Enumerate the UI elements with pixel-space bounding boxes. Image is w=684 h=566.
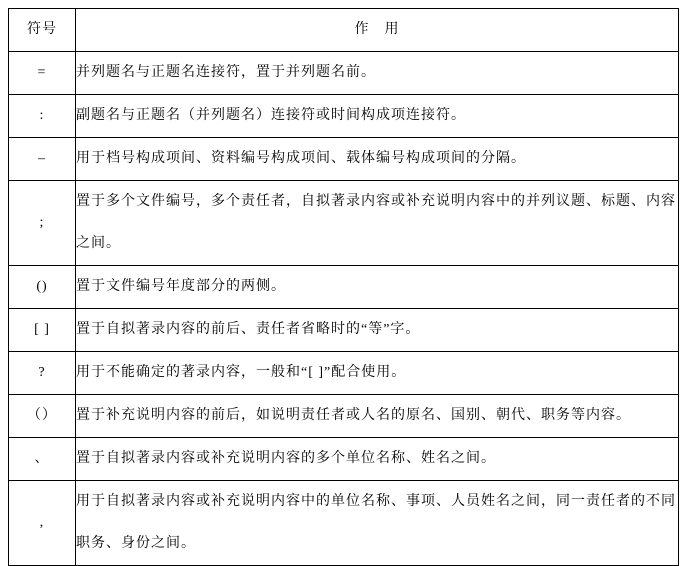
function-cell: 用于档号构成项间、资料编号构成项间、载体编号构成项间的分隔。 (76, 138, 679, 181)
table-row: ? 用于不能确定的著录内容，一般和“[ ]”配合使用。 (9, 352, 679, 395)
function-cell: 用于不能确定的著录内容，一般和“[ ]”配合使用。 (76, 352, 679, 395)
function-cell: 副题名与正题名（并列题名）连接符或时间构成项连接符。 (76, 95, 679, 138)
symbol-cell: 、 (9, 438, 76, 481)
symbol-cell: = (9, 52, 76, 95)
symbol-cell: , (9, 481, 76, 566)
symbol-column-header: 符号 (9, 9, 76, 52)
symbol-cell: ; (9, 181, 76, 266)
function-cell: 并列题名与正题名连接符，置于并列题名前。 (76, 52, 679, 95)
symbol-cell: ? (9, 352, 76, 395)
symbol-cell: () (9, 266, 76, 309)
symbol-cell: [ ] (9, 309, 76, 352)
function-cell: 置于补充说明内容的前后，如说明责任者或人名的原名、国别、朝代、职务等内容。 (76, 395, 679, 438)
table-body: = 并列题名与正题名连接符，置于并列题名前。 : 副题名与正题名（并列题名）连接… (9, 52, 679, 566)
symbol-cell: （） (9, 395, 76, 438)
function-cell: 置于自拟著录内容的前后、责任者省略时的“等”字。 (76, 309, 679, 352)
function-cell: 置于多个文件编号，多个责任者，自拟著录内容或补充说明内容中的并列议题、标题、内容… (76, 181, 679, 266)
function-cell: 置于文件编号年度部分的两侧。 (76, 266, 679, 309)
table-row: – 用于档号构成项间、资料编号构成项间、载体编号构成项间的分隔。 (9, 138, 679, 181)
table-row: = 并列题名与正题名连接符，置于并列题名前。 (9, 52, 679, 95)
function-column-header: 作 用 (76, 9, 679, 52)
table-row: （） 置于补充说明内容的前后，如说明责任者或人名的原名、国别、朝代、职务等内容。 (9, 395, 679, 438)
header-row: 符号 作 用 (9, 9, 679, 52)
function-cell: 用于自拟著录内容或补充说明内容中的单位名称、事项、人员姓名之间，同一责任者的不同… (76, 481, 679, 566)
table-row: , 用于自拟著录内容或补充说明内容中的单位名称、事项、人员姓名之间，同一责任者的… (9, 481, 679, 566)
table-header: 符号 作 用 (9, 9, 679, 52)
function-cell: 置于自拟著录内容或补充说明内容的多个单位名称、姓名之间。 (76, 438, 679, 481)
table-row: [ ] 置于自拟著录内容的前后、责任者省略时的“等”字。 (9, 309, 679, 352)
table-row: () 置于文件编号年度部分的两侧。 (9, 266, 679, 309)
symbol-cell: – (9, 138, 76, 181)
symbol-cell: : (9, 95, 76, 138)
table-row: 、 置于自拟著录内容或补充说明内容的多个单位名称、姓名之间。 (9, 438, 679, 481)
table-row: : 副题名与正题名（并列题名）连接符或时间构成项连接符。 (9, 95, 679, 138)
symbol-usage-table: 符号 作 用 = 并列题名与正题名连接符，置于并列题名前。 : 副题名与正题名（… (8, 8, 679, 566)
table-row: ; 置于多个文件编号，多个责任者，自拟著录内容或补充说明内容中的并列议题、标题、… (9, 181, 679, 266)
